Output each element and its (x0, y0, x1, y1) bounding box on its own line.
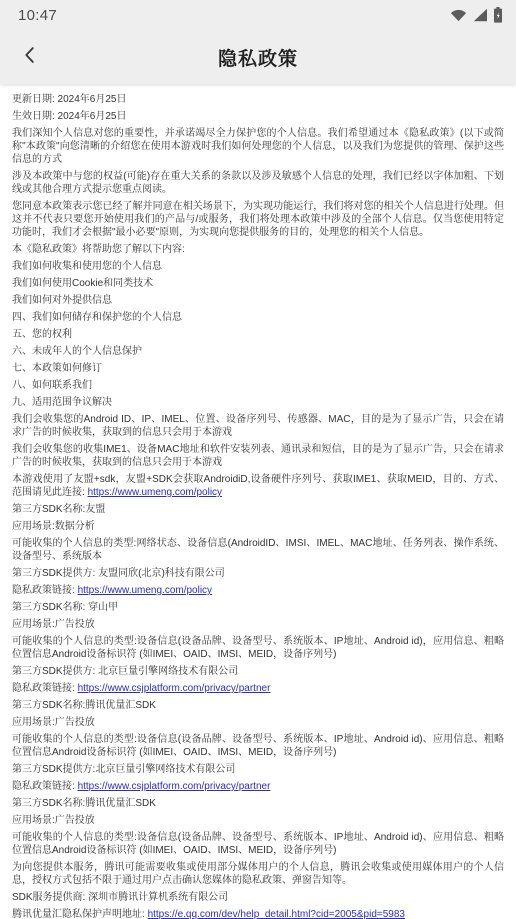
paragraph-text: 涉及本政策中与您的权益(可能)存在重大关系的条款以及涉及敏感个人信息的处理，我们… (12, 171, 504, 195)
paragraph-text: 第三方SDK名称:腾讯优量汇SDK (12, 798, 156, 809)
policy-link[interactable]: https://www.umeng.com/policy (78, 585, 213, 596)
paragraph-text: 我们会收集您的Android ID、IP、IMEL、位置、设备序列号、传感器、M… (12, 414, 504, 438)
policy-paragraph: 我们会收集您的Android ID、IP、IMEL、位置、设备序列号、传感器、M… (12, 413, 504, 439)
policy-paragraph: 更新日期: 2024年6月25日 (12, 93, 504, 106)
policy-paragraph: 四、我们如何储存和保护您的个人信息 (12, 311, 504, 324)
app-bar: 10:47 (0, 0, 516, 84)
policy-paragraph: SDK服务提供商: 深圳市腾讯计算机系统有限公司 (12, 891, 504, 904)
paragraph-text: 第三方SDK提供方: 友盟同欣(北京)科技有限公司 (12, 568, 225, 579)
policy-paragraph: 应用场景:广告投放 (12, 814, 504, 827)
back-button[interactable] (13, 30, 47, 84)
paragraph-text: 隐私政策链接: (12, 683, 75, 694)
policy-paragraph: 隐私政策链接: https://www.umeng.com/policy (12, 584, 504, 597)
policy-paragraph: 可能收集的个人信息的类型:设备信息(设备品牌、设备型号、系统版本、IP地址、An… (12, 635, 504, 661)
paragraph-text: 九、适用范围争议解决 (12, 397, 112, 408)
policy-paragraph: 我们会收集您的收集IME1、设备MAC地址和软件安装列表、通讯录和短信，目的是为… (12, 443, 504, 469)
paragraph-text: 第三方SDK提供方: 北京巨量引擎网络技术有限公司 (12, 666, 238, 677)
policy-paragraph: 隐私政策链接: https://www.csjplatform.com/priv… (12, 682, 504, 695)
policy-paragraph: 我们深知个人信息对您的重要性，并承诺竭尽全力保护您的个人信息。我们希望通过本《隐… (12, 127, 504, 166)
paragraph-text: 更新日期: 2024年6月25日 (12, 94, 127, 105)
policy-paragraph: 八、如何联系我们 (12, 379, 504, 392)
app-screen: 10:47 (0, 0, 516, 919)
paragraph-text: 五、您的权利 (12, 329, 72, 340)
paragraph-text: 第三方SDK名称:友盟 (12, 504, 105, 515)
paragraph-text: 可能收集的个人信息的类型:设备信息(设备品牌、设备型号、系统版本、IP地址、An… (12, 636, 504, 660)
status-time: 10:47 (18, 7, 57, 24)
paragraph-text: 可能收集的个人信息的类型:设备信息(设备品牌、设备型号、系统版本、IP地址、An… (12, 832, 504, 856)
paragraph-text: 第三方SDK名称:腾讯优量汇SDK (12, 700, 156, 711)
paragraph-text: 本游戏使用了友盟+sdk，友盟+SDK会获取AndroidiD,设备硬件序列号、… (12, 474, 504, 498)
paragraph-text: 本《隐私政策》将帮助您了解以下内容: (12, 244, 185, 255)
policy-paragraph: 生效日期: 2024年6月25日 (12, 110, 504, 123)
paragraph-text: 八、如何联系我们 (12, 380, 92, 391)
policy-link[interactable]: https://e.qq.com/dev/help_detail.html?ci… (148, 909, 405, 919)
policy-paragraph: 我们如何收集和使用您的个人信息 (12, 260, 504, 273)
policy-paragraph: 涉及本政策中与您的权益(可能)存在重大关系的条款以及涉及敏感个人信息的处理，我们… (12, 170, 504, 196)
policy-paragraph: 九、适用范围争议解决 (12, 396, 504, 409)
policy-paragraph: 第三方SDK名称:友盟 (12, 503, 504, 516)
policy-paragraph: 您同意本政策表示您已经了解并同意在相关场景下，为实现功能运行，我们将对您的相关个… (12, 200, 504, 239)
paragraph-text: 为向您提供本服务，腾讯可能需要收集或使用部分媒体用户的个人信息，腾讯会收集或使用… (12, 862, 504, 886)
paragraph-text: 可能收集的个人信息的类型:设备信息(设备品牌、设备型号、系统版本、IP地址、An… (12, 734, 504, 758)
status-icons (450, 7, 503, 23)
policy-link[interactable]: https://www.csjplatform.com/privacy/part… (78, 683, 271, 694)
paragraph-text: 您同意本政策表示您已经了解并同意在相关场景下，为实现功能运行，我们将对您的相关个… (12, 201, 504, 238)
policy-paragraph: 本《隐私政策》将帮助您了解以下内容: (12, 243, 504, 256)
policy-paragraph: 五、您的权利 (12, 328, 504, 341)
policy-paragraph: 第三方SDK提供方:北京巨量引擎网络技术有限公司 (12, 763, 504, 776)
paragraph-text: 我们如何对外提供信息 (12, 295, 112, 306)
paragraph-text: 腾讯优量汇隐私保护声明地址: (12, 909, 145, 919)
policy-paragraph: 第三方SDK提供方: 北京巨量引擎网络技术有限公司 (12, 665, 504, 678)
paragraph-text: 隐私政策链接: (12, 781, 75, 792)
cellular-signal-icon (472, 8, 488, 22)
policy-paragraph: 第三方SDK提供方: 友盟同欣(北京)科技有限公司 (12, 567, 504, 580)
policy-link[interactable]: https://www.umeng.com/policy (88, 487, 223, 498)
policy-paragraph: 隐私政策链接: https://www.csjplatform.com/priv… (12, 780, 504, 793)
paragraph-text: 生效日期: 2024年6月25日 (12, 111, 127, 122)
paragraph-text: 第三方SDK提供方:北京巨量引擎网络技术有限公司 (12, 764, 235, 775)
policy-paragraph: 应用场景:数据分析 (12, 520, 504, 533)
policy-link[interactable]: https://www.csjplatform.com/privacy/part… (78, 781, 271, 792)
page-title: 隐私政策 (218, 44, 298, 71)
paragraph-text: 我们会收集您的收集IME1、设备MAC地址和软件安装列表、通讯录和短信，目的是为… (12, 444, 504, 468)
wifi-icon (450, 8, 467, 22)
policy-paragraph: 可能收集的个人信息的类型:设备信息(设备品牌、设备型号、系统版本、IP地址、An… (12, 733, 504, 759)
paragraph-text: 我们如何使用Cookie和同类技术 (12, 278, 153, 289)
policy-paragraph: 可能收集的个人信息的类型:网络状态、设备信息(AndroidID、IMSI、IM… (12, 537, 504, 563)
policy-paragraph: 六、未成年人的个人信息保护 (12, 345, 504, 358)
header: 隐私政策 (0, 30, 516, 84)
status-bar: 10:47 (0, 0, 516, 30)
policy-paragraph: 应用场景:广告投放 (12, 618, 504, 631)
paragraph-text: 我们如何收集和使用您的个人信息 (12, 261, 162, 272)
paragraph-text: 六、未成年人的个人信息保护 (12, 346, 142, 357)
paragraph-text: SDK服务提供商: 深圳市腾讯计算机系统有限公司 (12, 892, 228, 903)
paragraph-text: 我们深知个人信息对您的重要性，并承诺竭尽全力保护您的个人信息。我们希望通过本《隐… (12, 128, 504, 165)
paragraph-text: 第三方SDK名称: 穿山甲 (12, 602, 118, 613)
paragraph-text: 应用场景:数据分析 (12, 521, 95, 532)
policy-paragraph: 我们如何对外提供信息 (12, 294, 504, 307)
policy-paragraph: 可能收集的个人信息的类型:设备信息(设备品牌、设备型号、系统版本、IP地址、An… (12, 831, 504, 857)
policy-paragraph: 应用场景:广告投放 (12, 716, 504, 729)
battery-icon (493, 7, 503, 23)
policy-paragraph: 第三方SDK名称:腾讯优量汇SDK (12, 797, 504, 810)
paragraph-text: 隐私政策链接: (12, 585, 75, 596)
policy-paragraph: 腾讯优量汇隐私保护声明地址: https://e.qq.com/dev/help… (12, 908, 504, 919)
paragraph-text: 七、本政策如何修订 (12, 363, 102, 374)
paragraph-text: 应用场景:广告投放 (12, 815, 95, 826)
paragraph-text: 应用场景:广告投放 (12, 619, 95, 630)
paragraph-text: 可能收集的个人信息的类型:网络状态、设备信息(AndroidID、IMSI、IM… (12, 538, 504, 562)
policy-paragraph: 我们如何使用Cookie和同类技术 (12, 277, 504, 290)
policy-paragraph: 为向您提供本服务，腾讯可能需要收集或使用部分媒体用户的个人信息，腾讯会收集或使用… (12, 861, 504, 887)
chevron-left-icon (19, 44, 41, 71)
paragraph-text: 四、我们如何储存和保护您的个人信息 (12, 312, 182, 323)
policy-paragraph: 七、本政策如何修订 (12, 362, 504, 375)
policy-paragraph: 第三方SDK名称:腾讯优量汇SDK (12, 699, 504, 712)
policy-paragraph: 第三方SDK名称: 穿山甲 (12, 601, 504, 614)
policy-paragraph: 本游戏使用了友盟+sdk，友盟+SDK会获取AndroidiD,设备硬件序列号、… (12, 473, 504, 499)
paragraph-text: 应用场景:广告投放 (12, 717, 95, 728)
policy-content: 更新日期: 2024年6月25日生效日期: 2024年6月25日我们深知个人信息… (0, 84, 516, 919)
